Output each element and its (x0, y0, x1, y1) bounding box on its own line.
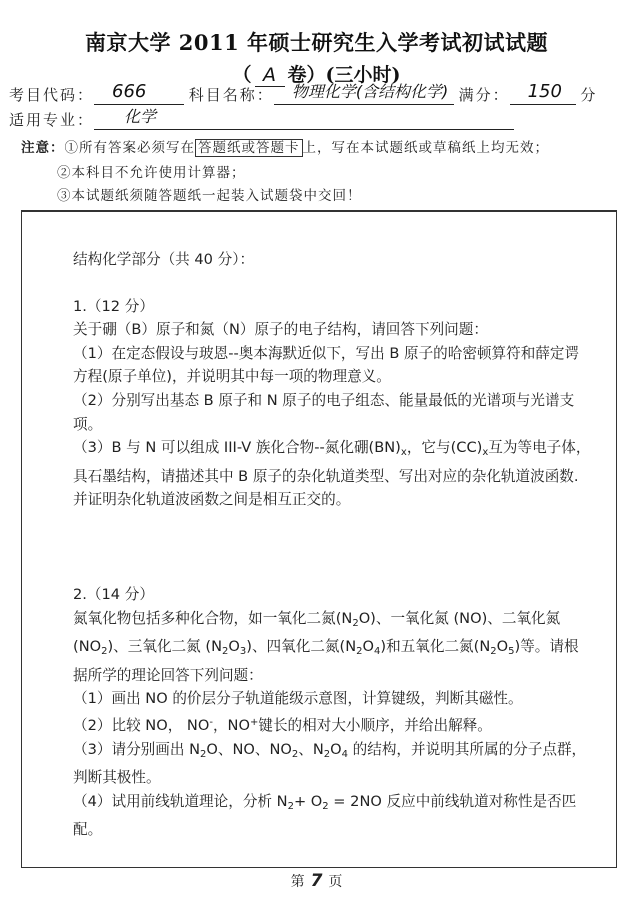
q2-part2: （2）比较 NO， NO-，NO+键长的相对大小顺序，并给出解释。 (73, 711, 593, 738)
exam-code-value: 666 (94, 82, 184, 105)
spacer (73, 512, 593, 583)
q1-part3: （3）B 与 N 可以组成 III-V 族化合物--氮化硼(BN)x，它与(CC… (73, 436, 593, 512)
exam-info-row: 考目代码：666 科目名称：物理化学(含结构化学) 满分：150 分 (9, 82, 595, 105)
text: ，NO (213, 717, 250, 734)
text: )和五氧化二氮(N (380, 638, 490, 655)
major-value: 化学 (94, 107, 514, 130)
text: )、三氧化二氮 (N (107, 638, 222, 655)
notice-boxed-text: 答题纸或答题卡 (195, 139, 303, 157)
text: O (363, 638, 375, 655)
page-number: 7 (311, 871, 323, 891)
notice-label: 注意： (21, 140, 65, 156)
page-footer: 第7页 (0, 871, 633, 891)
q2-part1: （1）画出 NO 的价层分子轨道能级示意图，计算键级，判断其磁性。 (73, 687, 593, 711)
major-row: 适用专业：化学 (9, 107, 514, 130)
text: （3）请分别画出 N (73, 741, 200, 758)
text: 键长的相对大小顺序，并给出解释。 (258, 717, 492, 734)
page-suffix: 页 (328, 874, 342, 890)
notice-item1-prefix: ①所有答案必须写在 (65, 140, 196, 156)
q2-part4: （4）试用前线轨道理论，分析 N2+ O2 = 2NO 反应中前线轨道对称性是否… (73, 790, 593, 842)
text: （4）试用前线轨道理论，分析 N (73, 793, 288, 810)
text: ，它与(CC) (407, 439, 483, 456)
q2-heading: 2.（14 分） (73, 583, 593, 607)
exam-code-label: 考目代码： (9, 86, 94, 104)
score-value: 150 (510, 82, 576, 105)
text: 氮氧化物包括多种化合物，如一氧化二氮(N (73, 610, 352, 627)
question-content: 结构化学部分（共 40 分）： 1.（12 分） 关于硼（B）原子和氮（N）原子… (73, 248, 593, 842)
score-label: 满分： (459, 86, 510, 104)
subject-value: 物理化学(含结构化学) (274, 82, 454, 105)
major-label: 适用专业： (9, 111, 94, 129)
notice-line-1: 注意：①所有答案必须写在答题纸或答题卡上，写在本试题纸或草稿纸上均无效； (21, 136, 549, 156)
exam-title: 南京大学 2011 年硕士研究生入学考试初试试题 (0, 27, 633, 57)
subject-label: 科目名称： (189, 86, 274, 104)
text: O (228, 638, 240, 655)
q2-part3: （3）请分别画出 N2O、NO、NO2、N2O4 的结构，并说明其所属的分子点群… (73, 738, 593, 790)
text: O (330, 741, 342, 758)
text: 、N (298, 741, 324, 758)
q1-part1: （1）在定态假设与玻恩--奥本海默近似下，写出 B 原子的哈密顿算符和薛定谔方程… (73, 342, 593, 389)
notice-line-2: ②本科目不允许使用计算器； (57, 161, 246, 181)
text: （3）B 与 N 可以组成 III-V 族化合物--氮化硼(BN) (73, 439, 401, 456)
text: + O (294, 793, 322, 810)
q1-heading: 1.（12 分） (73, 295, 593, 319)
q1-intro: 关于硼（B）原子和氮（N）原子的电子结构，请回答下列问题： (73, 318, 593, 342)
notice-line-3: ③本试题纸须随答题纸一起装入试题袋中交回！ (57, 184, 362, 204)
text: （2）比较 NO， NO (73, 717, 209, 734)
notice-item1-suffix: 上，写在本试题纸或草稿纸上均无效； (303, 140, 550, 156)
section-title: 结构化学部分（共 40 分）： (73, 248, 593, 272)
text: O (497, 638, 509, 655)
text: O、NO、NO (206, 741, 291, 758)
q1-part2: （2）分别写出基态 B 原子和 N 原子的电子组态、能量最低的光谱项与光谱支项。 (73, 389, 593, 436)
page-prefix: 第 (291, 874, 305, 890)
text: )、四氧化二氮(N (246, 638, 356, 655)
score-unit: 分 (580, 86, 595, 104)
q2-intro: 氮氧化物包括多种化合物，如一氧化二氮(N2O)、一氧化氮 (NO)、二氧化氮(N… (73, 607, 593, 688)
